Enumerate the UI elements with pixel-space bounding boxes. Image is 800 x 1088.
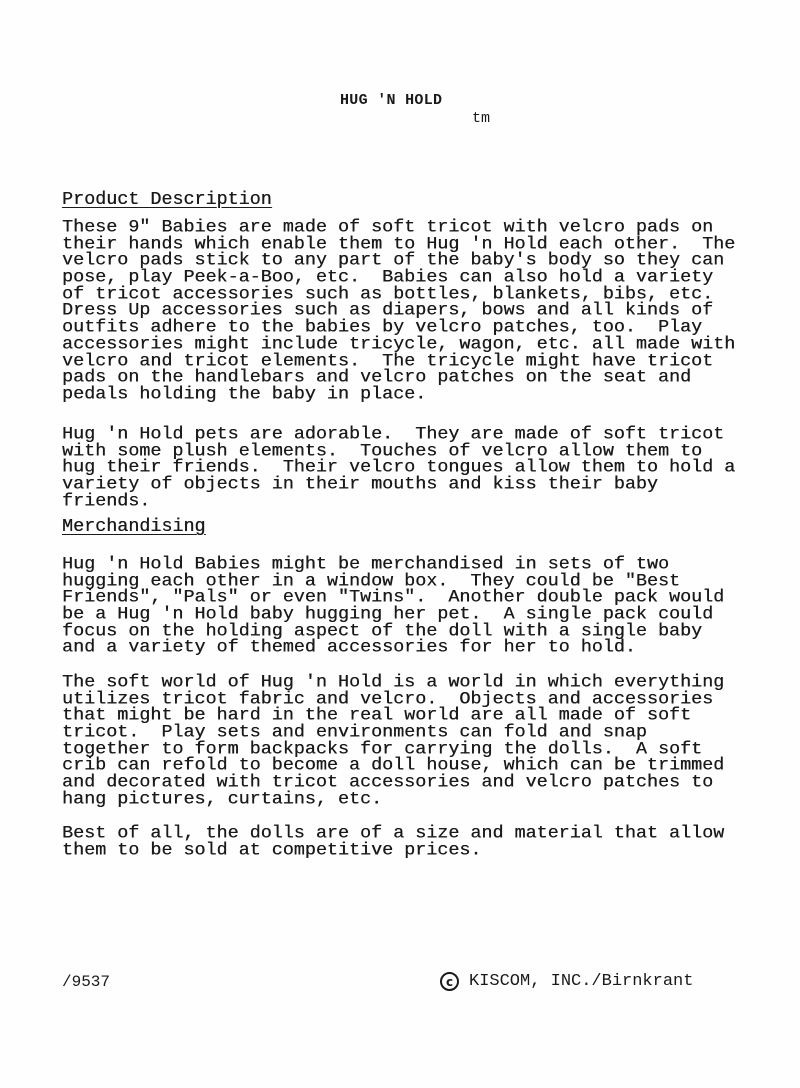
section-heading-merchandising: Merchandising xyxy=(62,518,205,536)
paragraph-soft-world: The soft world of Hug 'n Hold is a world… xyxy=(62,675,762,809)
document-page: HUG 'N HOLD tm Product Description These… xyxy=(0,0,800,1088)
text-line: and a variety of themed accessories for … xyxy=(62,640,762,656)
text-line: hang pictures, curtains, etc. xyxy=(62,792,762,808)
text-line: them to be sold at competitive prices. xyxy=(62,843,762,859)
copyright-text: KISCOM, INC./Birnkrant xyxy=(469,972,693,991)
document-number: /9537 xyxy=(62,973,110,991)
section-heading-product-description: Product Description xyxy=(62,191,272,209)
text-line: friends. xyxy=(62,494,762,510)
document-title: HUG 'N HOLD xyxy=(340,92,442,109)
paragraph-pricing: Best of all, the dolls are of a size and… xyxy=(62,826,762,859)
copyright-notice: c KISCOM, INC./Birnkrant xyxy=(440,972,693,991)
trademark-mark: tm xyxy=(472,110,490,127)
text-line: variety of objects in their mouths and k… xyxy=(62,477,762,493)
paragraph-merchandising-sets: Hug 'n Hold Babies might be merchandised… xyxy=(62,557,762,657)
paragraph-babies: These 9" Babies are made of soft tricot … xyxy=(62,220,762,404)
text-line: pedals holding the baby in place. xyxy=(62,387,762,403)
paragraph-pets: Hug 'n Hold pets are adorable. They are … xyxy=(62,427,762,510)
copyright-icon: c xyxy=(440,972,459,991)
